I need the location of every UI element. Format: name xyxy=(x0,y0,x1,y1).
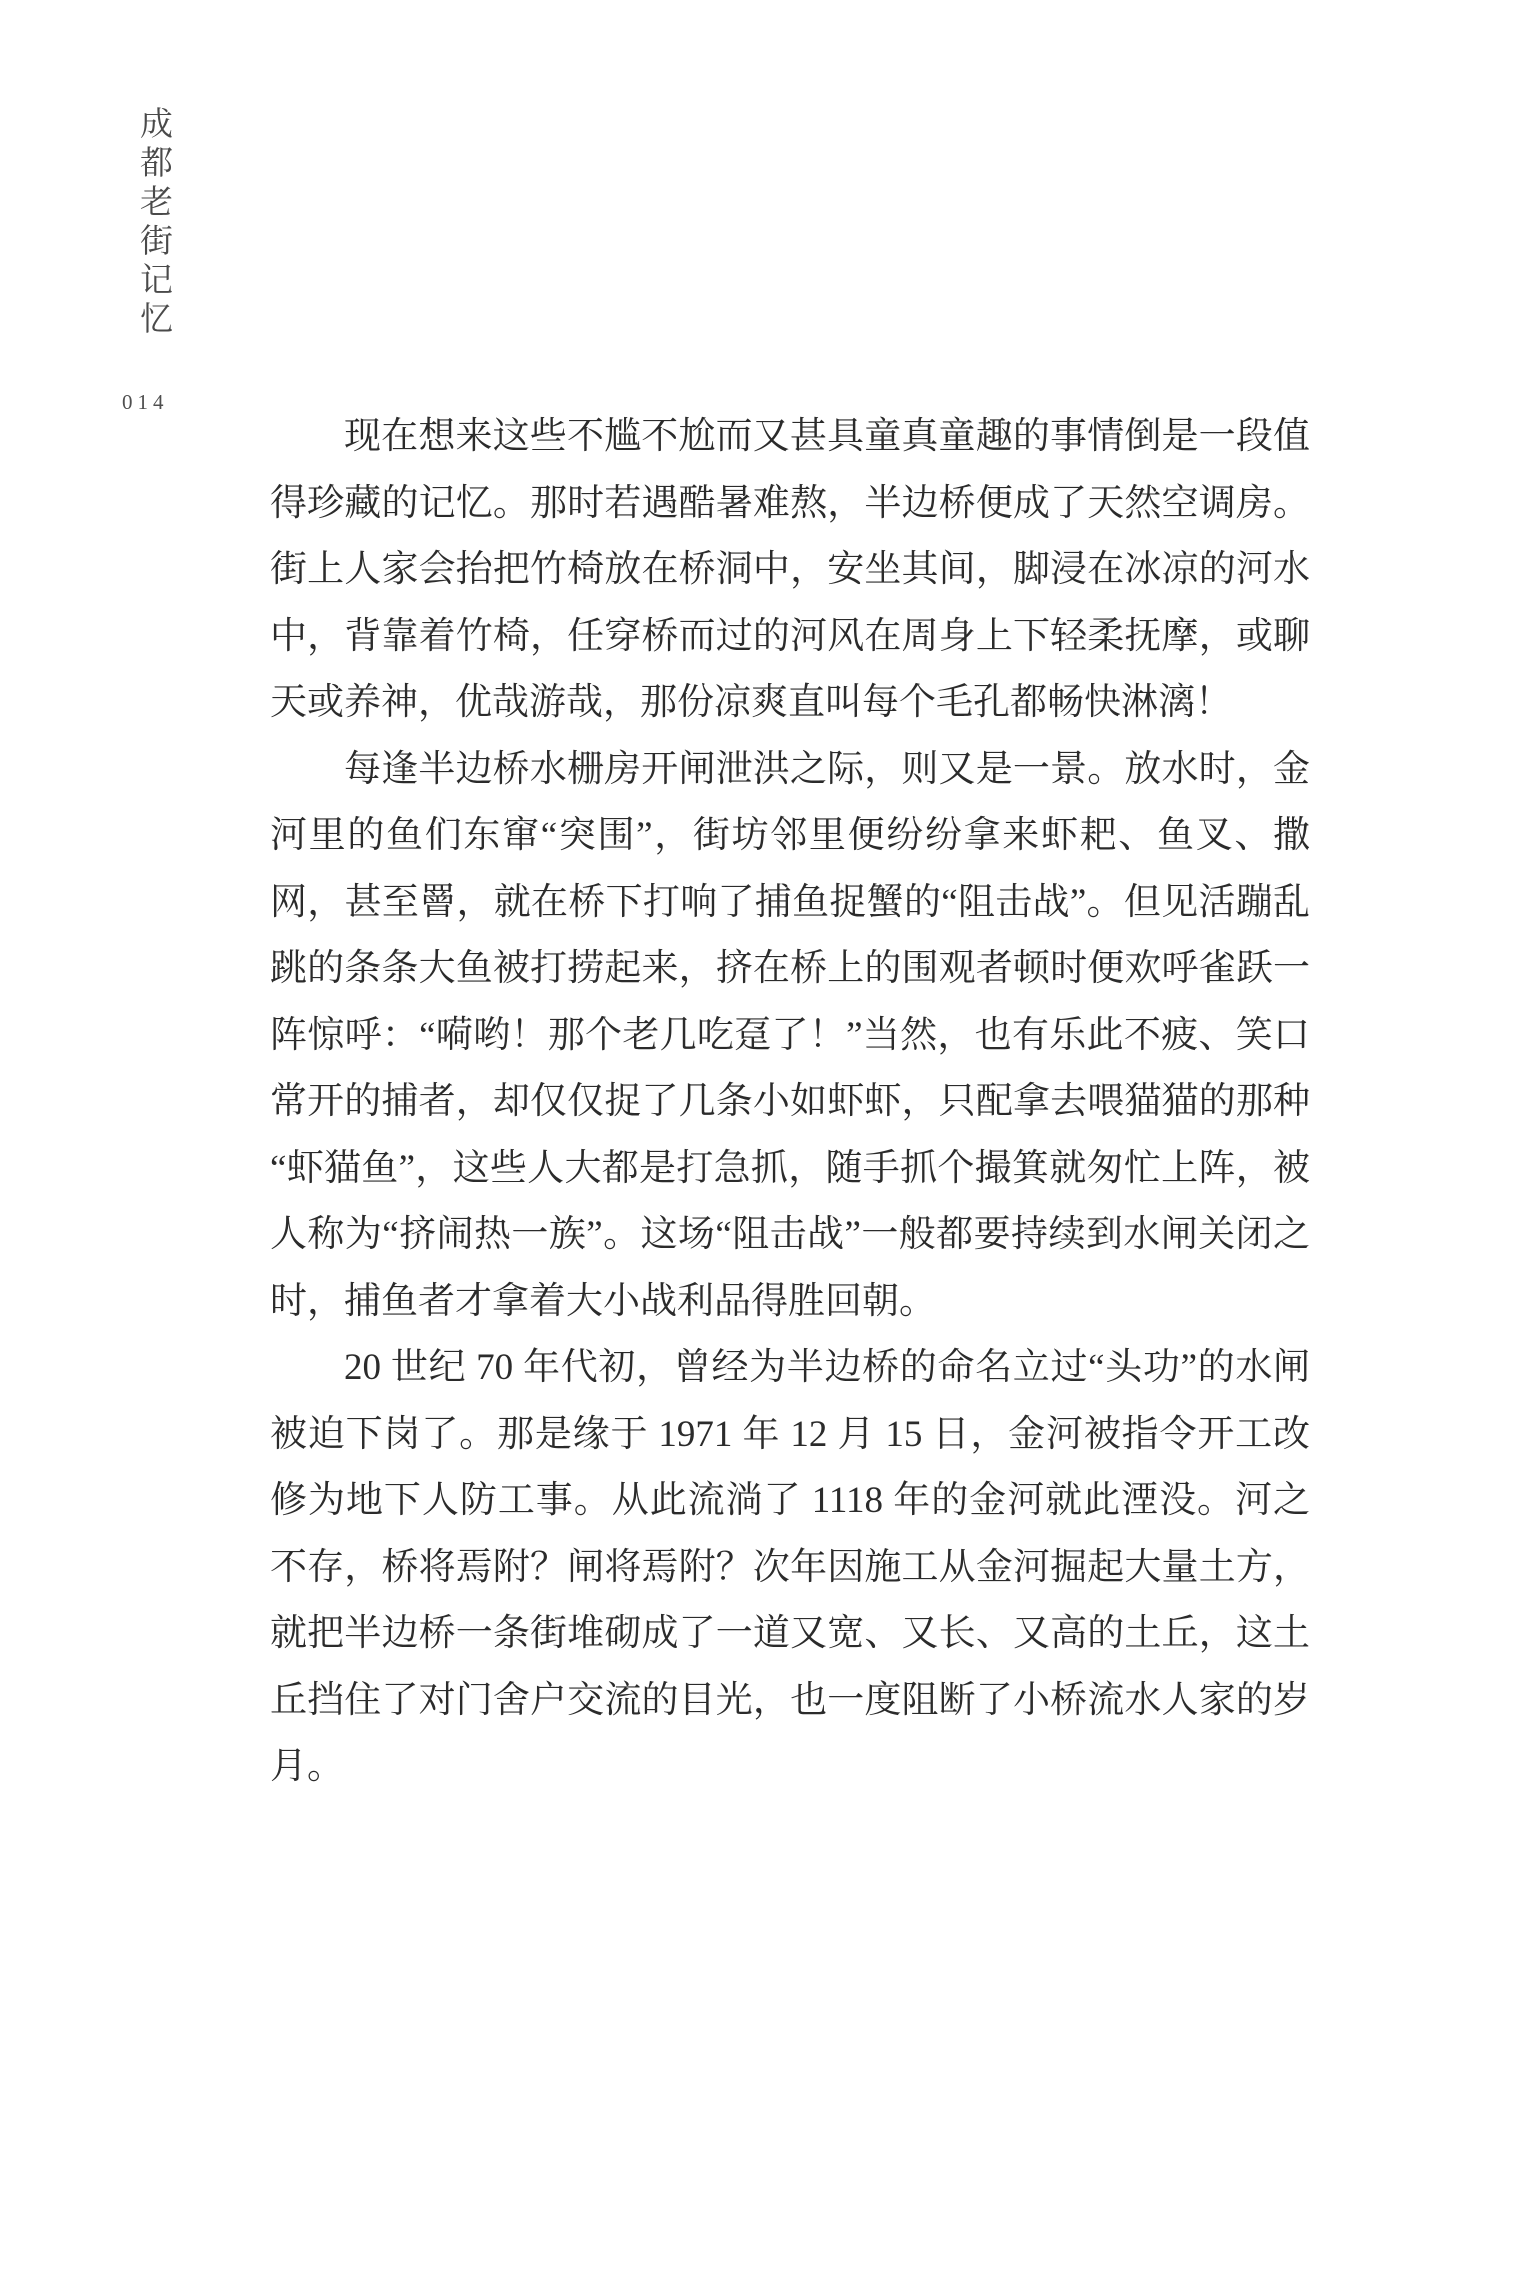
body-text: 现在想来这些不尴不尬而又甚具童真童趣的事情倒是一段值得珍藏的记忆。那时若遇酷暑难… xyxy=(270,404,1310,1801)
paragraph-1: 现在想来这些不尴不尬而又甚具童真童趣的事情倒是一段值得珍藏的记忆。那时若遇酷暑难… xyxy=(270,404,1310,737)
paragraph-3: 20 世纪 70 年代初，曾经为半边桥的命名立过“头功”的水闸被迫下岗了。那是缘… xyxy=(270,1335,1310,1801)
paragraph-2: 每逢半边桥水栅房开闸泄洪之际，则又是一景。放水时，金河里的鱼们东窜“突围”，街坊… xyxy=(270,737,1310,1336)
book-title-vertical: 成都老街记忆 xyxy=(130,106,177,340)
page-number: 014 xyxy=(122,390,169,415)
book-page: 成都老街记忆 014 现在想来这些不尴不尬而又甚具童真童趣的事情倒是一段值得珍藏… xyxy=(0,0,1536,2278)
